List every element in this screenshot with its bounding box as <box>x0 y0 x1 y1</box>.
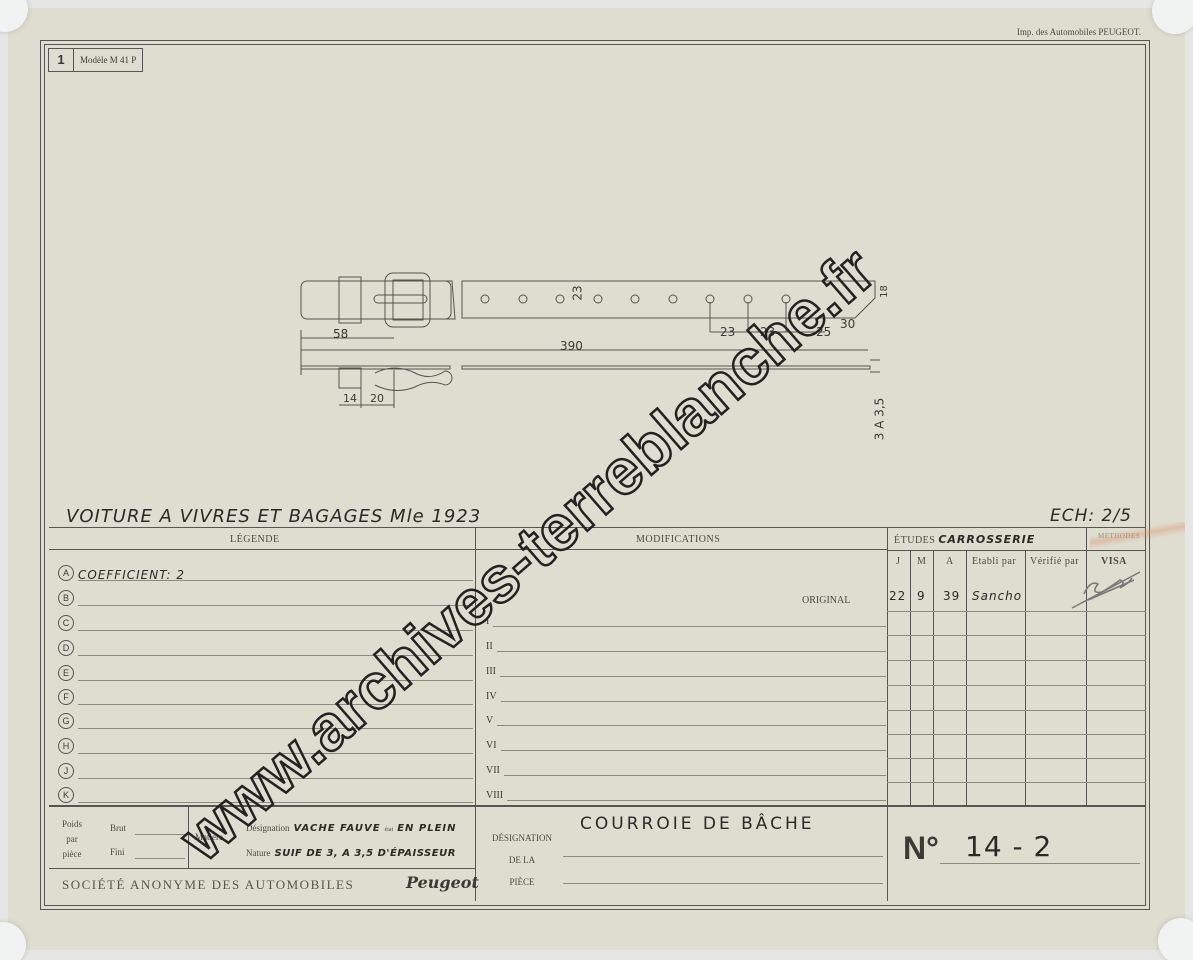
poids-line: pièce <box>62 847 82 862</box>
entry-etabli-par: Sancho <box>972 589 1022 603</box>
company-brand-logo: Peugeot <box>406 873 479 892</box>
divider <box>887 660 1146 661</box>
divider <box>887 758 1146 759</box>
dim-thickness: 3 A 3,5 <box>872 398 886 441</box>
row-numeral: VII <box>486 765 500 776</box>
divider <box>563 856 883 857</box>
row-line <box>501 740 886 751</box>
etudes-prefix: ÉTUDES <box>894 535 935 546</box>
divider <box>887 550 1146 551</box>
row-numeral: VIII <box>486 790 503 801</box>
modification-row: VII <box>486 765 886 776</box>
printer-credit: Imp. des Automobiles PEUGEOT. <box>1017 27 1141 37</box>
row-letter: K <box>58 787 74 803</box>
poids-line: Poids <box>62 817 82 832</box>
brut-line <box>135 834 185 835</box>
dim-keeper-to-buckle: 20 <box>370 392 384 405</box>
modification-row: I <box>486 616 886 627</box>
nature-label: Nature <box>246 848 271 858</box>
col-m: M <box>917 556 926 567</box>
dim-width: 23 <box>571 285 585 300</box>
nature-field: Nature SUIF DE 3, A 3,5 D'ÉPAISSEUR <box>246 843 456 861</box>
row-letter: J <box>58 763 74 779</box>
visa-signature-icon <box>1070 570 1142 610</box>
modification-row: VI <box>486 740 886 751</box>
row-letter: G <box>58 713 74 729</box>
row-line <box>493 616 886 627</box>
model-label: Modèle M 41 P <box>74 49 142 71</box>
etat-label: état <box>385 827 394 833</box>
row-numeral: IV <box>486 691 497 702</box>
legende-row: B <box>58 590 473 606</box>
etudes-dept: CARROSSERIE <box>938 533 1035 546</box>
modification-row: IV <box>486 691 886 702</box>
row-numeral: VI <box>486 740 497 751</box>
row-line <box>507 790 886 801</box>
row-line <box>504 765 886 776</box>
designation-piece-value: COURROIE DE BÂCHE <box>580 814 814 834</box>
divider <box>887 734 1146 735</box>
divider <box>49 549 475 550</box>
modification-row: VIII <box>486 790 886 801</box>
divider <box>887 685 1146 686</box>
row-letter: F <box>58 689 74 705</box>
row-letter: H <box>58 738 74 754</box>
col-verifie: Vérifié par <box>1030 556 1079 567</box>
designation-field: Désignation VACHE FAUVE état EN PLEIN <box>246 818 457 836</box>
poids-label: Poids par pièce <box>62 817 82 862</box>
entry-year: 39 <box>943 589 960 603</box>
designation-value: VACHE FAUVE <box>294 823 381 834</box>
row-letter: B <box>58 590 74 606</box>
divider <box>887 527 888 901</box>
entry-month: 9 <box>917 589 926 603</box>
legende-row: ACOEFFICIENT: 2 <box>58 565 473 581</box>
label-line: DÉSIGNATION <box>487 827 557 849</box>
fini-label: Fini <box>110 847 125 857</box>
entry-day: 22 <box>889 589 906 603</box>
poids-line: par <box>62 832 82 847</box>
row-letter: E <box>58 665 74 681</box>
stain <box>1090 522 1185 552</box>
label-line: PIÈCE <box>487 871 557 893</box>
row-letter: A <box>58 565 74 581</box>
row-text: COEFFICIENT: 2 <box>78 568 473 581</box>
modification-row: III <box>486 666 886 677</box>
part-number-prefix: N° <box>903 830 939 867</box>
divider <box>910 550 911 805</box>
pin-bottom-right <box>1158 918 1193 960</box>
divider <box>887 710 1146 711</box>
row-letter: C <box>58 615 74 631</box>
vehicle-title: VOITURE A VIVRES ET BAGAGES Mle 1923 <box>66 506 481 527</box>
divider <box>1086 527 1087 805</box>
etudes-header: ÉTUDES CARROSSERIE <box>894 533 1035 546</box>
label-line: DE LA <box>487 849 557 871</box>
modification-row: V <box>486 715 886 726</box>
part-number-value: 14 - 2 <box>965 830 1052 863</box>
row-line <box>500 666 886 677</box>
col-a: A <box>946 556 954 567</box>
modification-row: II <box>486 641 886 652</box>
designation-piece-label: DÉSIGNATION DE LA PIÈCE <box>487 827 557 893</box>
col-j: J <box>896 556 900 567</box>
model-number: 1 <box>49 49 74 71</box>
modifications-header: MODIFICATIONS <box>636 534 720 545</box>
divider <box>49 868 475 869</box>
legende-header: LÉGENDE <box>230 534 280 545</box>
divider <box>966 550 967 805</box>
divider <box>887 611 1146 612</box>
row-numeral: II <box>486 641 493 652</box>
divider <box>887 635 1146 636</box>
legende-row: G <box>58 713 473 729</box>
divider <box>940 863 1140 864</box>
divider <box>887 782 1146 783</box>
nature-value: SUIF DE 3, A 3,5 D'ÉPAISSEUR <box>275 848 456 859</box>
divider <box>1025 550 1026 805</box>
row-numeral: III <box>486 666 496 677</box>
col-etabli: Etabli par <box>972 556 1016 567</box>
row-line <box>497 715 886 726</box>
dim-total-length: 390 <box>560 339 583 353</box>
col-visa: VISA <box>1101 556 1127 567</box>
dim-buckle-end: 58 <box>333 327 348 341</box>
row-line <box>497 641 886 652</box>
row-letter: D <box>58 640 74 656</box>
etat-value: EN PLEIN <box>397 823 456 834</box>
brut-label: Brut <box>110 823 126 833</box>
divider <box>933 550 934 805</box>
row-line <box>501 691 886 702</box>
model-box: 1 Modèle M 41 P <box>48 48 143 72</box>
fini-line <box>135 858 185 859</box>
company-name: SOCIÉTÉ ANONYME DES AUTOMOBILES <box>62 877 354 893</box>
dim-keeper-width: 14 <box>343 392 357 405</box>
divider <box>563 883 883 884</box>
original-label: ORIGINAL <box>802 595 850 606</box>
row-numeral: V <box>486 715 493 726</box>
